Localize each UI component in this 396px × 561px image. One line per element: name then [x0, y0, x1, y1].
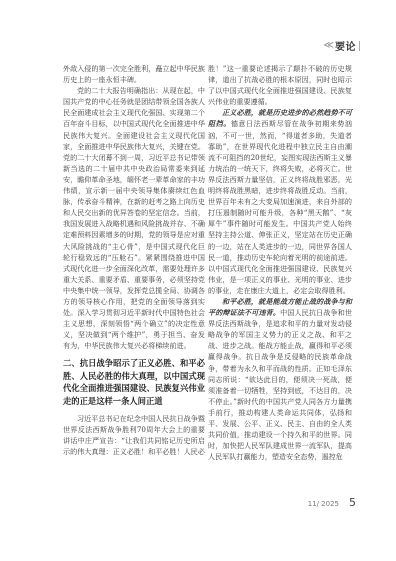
paragraph: 正义必胜，就是历史进步的必然趋势不可阻挡。德意日法西斯尽管在战争初期来势汹汹，不… — [208, 107, 352, 296]
section-title: 要论 — [335, 38, 356, 53]
page-number: 5 — [349, 496, 356, 509]
right-column: 胜！”这一重要论述揭示了颠扑不破的历史规律，道出了抗战必胜的根本原因，同时也昭示… — [208, 63, 352, 462]
paragraph-continued: 胜！”这一重要论述揭示了颠扑不破的历史规律，道出了抗战必胜的根本原因，同时也昭示… — [208, 63, 352, 107]
section-heading: 二、抗日战争昭示了正义必胜、和平必胜、人民必胜的伟大真理，以中国式现代化全面推进… — [63, 357, 205, 407]
header-divider — [359, 41, 360, 51]
left-column: 外敌入侵的第一次完全胜利，矗立起中华民族历史上的一座永恒丰碑。 党的二十大报告明… — [63, 63, 205, 457]
paragraph-body: 中国人民抗日战争和世界反法西斯战争，是追求和平的力量对发动侵略战争的军国主义势力… — [208, 308, 352, 461]
paragraph: 习近平总书记在纪念中国人民抗日战争暨世界反法西斯战争胜利70周年大会上的重要讲话… — [63, 413, 205, 457]
paragraph-continued: 外敌入侵的第一次完全胜利，矗立起中华民族历史上的一座永恒丰碑。 — [63, 63, 205, 85]
double-chevron-icon: ≪ — [324, 40, 334, 51]
issue-label: 11/ 2025 — [308, 500, 339, 508]
paragraph: 和平必胜，就是能战方能止战的战争与和平的辩证法不可违背。中国人民抗日战争和世界反… — [208, 296, 352, 462]
running-header: ≪ 要论 — [324, 38, 360, 53]
paragraph: 党的二十大报告明确指出：从现在起，中国共产党的中心任务就是团结带领全国各族人民全… — [63, 85, 205, 351]
page-footer: 11/ 2025 5 — [308, 496, 356, 509]
paragraph-body: 德意日法西斯尽管在战争初期来势汹汹，不可一世，然而，“得道者多助，失道者寡助”，… — [208, 119, 352, 294]
